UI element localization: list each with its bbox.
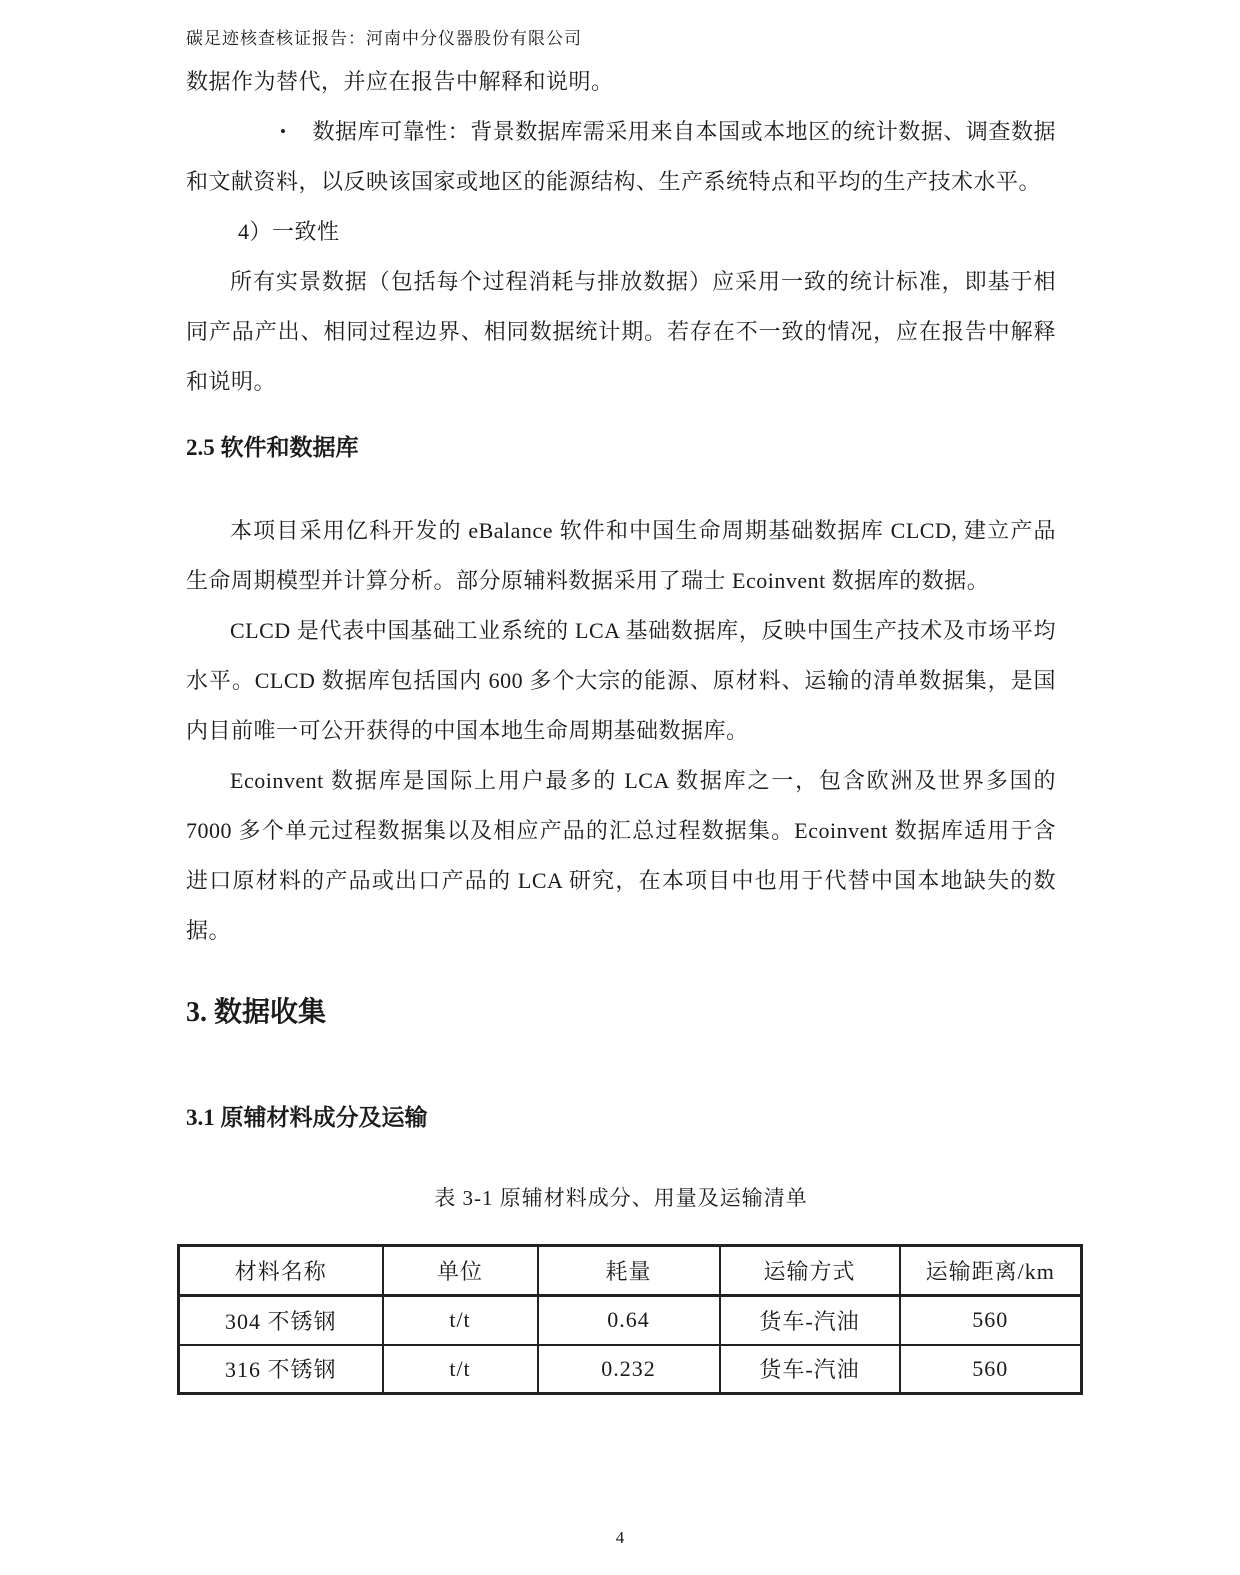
bullet-paragraph-text: 数据库可靠性：背景数据库需采用来自本国或本地区的统计数据、调查数据和文献资料，以… <box>186 119 1056 194</box>
section-3-heading: 3. 数据收集 <box>186 986 1056 1040</box>
cell-unit: t/t <box>383 1296 538 1345</box>
paragraph-software-databases: 本项目采用亿科开发的 eBalance 软件和中国生命周期基础数据库 CLCD,… <box>186 506 1056 606</box>
table-header-row: 材料名称 单位 耗量 运输方式 运输距离/km <box>179 1246 1082 1296</box>
column-header-unit: 单位 <box>383 1246 538 1296</box>
column-header-material-name: 材料名称 <box>179 1246 383 1296</box>
page-content: 数据作为替代，并应在报告中解释和说明。 •数据库可靠性：背景数据库需采用来自本国… <box>186 57 1056 1395</box>
table-row: 316 不锈钢 t/t 0.232 货车-汽油 560 <box>179 1345 1082 1394</box>
section-2-5-heading: 2.5 软件和数据库 <box>186 423 1056 473</box>
paragraph-continuation: 数据作为替代，并应在报告中解释和说明。 <box>186 57 1056 107</box>
column-header-transport-mode: 运输方式 <box>720 1246 900 1296</box>
cell-unit: t/t <box>383 1345 538 1394</box>
document-page: 碳足迹核查核证报告：河南中分仪器股份有限公司 数据作为替代，并应在报告中解释和说… <box>0 0 1240 1575</box>
cell-material-name: 304 不锈钢 <box>179 1296 383 1345</box>
running-header: 碳足迹核查核证报告：河南中分仪器股份有限公司 <box>186 24 582 49</box>
cell-consumption: 0.232 <box>538 1345 720 1394</box>
bullet-paragraph: •数据库可靠性：背景数据库需采用来自本国或本地区的统计数据、调查数据和文献资料，… <box>186 107 1056 207</box>
cell-consumption: 0.64 <box>538 1296 720 1345</box>
paragraph-ecoinvent: Ecoinvent 数据库是国际上用户最多的 LCA 数据库之一，包含欧洲及世界… <box>186 756 1056 956</box>
column-header-consumption: 耗量 <box>538 1246 720 1296</box>
page-number: 4 <box>0 1528 1240 1548</box>
cell-transport-distance: 560 <box>900 1296 1082 1345</box>
cell-material-name: 316 不锈钢 <box>179 1345 383 1394</box>
table-3-1-caption: 表 3-1 原辅材料成分、用量及运输清单 <box>186 1173 1056 1223</box>
column-header-transport-distance: 运输距离/km <box>900 1246 1082 1296</box>
table-row: 304 不锈钢 t/t 0.64 货车-汽油 560 <box>179 1296 1082 1345</box>
materials-table: 材料名称 单位 耗量 运输方式 运输距离/km 304 不锈钢 t/t 0.64… <box>177 1244 1083 1395</box>
list-item-4-consistency-title: 4）一致性 <box>186 207 1056 257</box>
paragraph-consistency: 所有实景数据（包括每个过程消耗与排放数据）应采用一致的统计标准，即基于相同产品产… <box>186 257 1056 407</box>
section-3-1-heading: 3.1 原辅材料成分及运输 <box>186 1093 1056 1143</box>
cell-transport-mode: 货车-汽油 <box>720 1296 900 1345</box>
bullet-icon: • <box>233 107 286 157</box>
cell-transport-distance: 560 <box>900 1345 1082 1394</box>
paragraph-clcd: CLCD 是代表中国基础工业系统的 LCA 基础数据库，反映中国生产技术及市场平… <box>186 606 1056 756</box>
cell-transport-mode: 货车-汽油 <box>720 1345 900 1394</box>
